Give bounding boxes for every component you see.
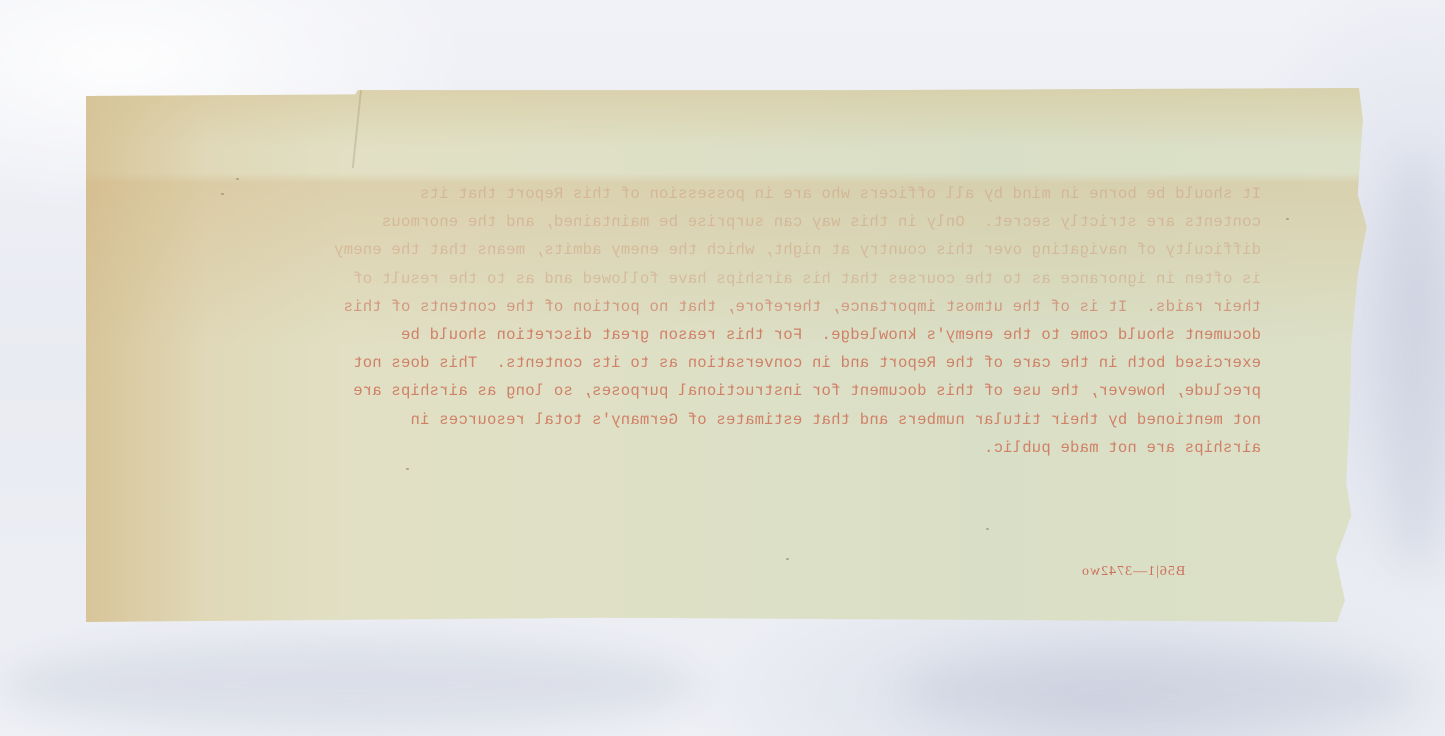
cloth-fold	[900, 650, 1420, 730]
paper-document: It should be borne in mind by all office…	[86, 88, 1368, 622]
paper-speck	[1286, 218, 1289, 220]
paper-speck	[986, 528, 989, 530]
cloth-fold	[1380, 150, 1445, 570]
paragraph-line: not mentioned by their titular numbers a…	[236, 406, 1261, 434]
paper-speck	[786, 558, 789, 560]
cloth-fold	[0, 640, 700, 730]
paragraph-line: is often in ignorance as to the courses …	[236, 265, 1261, 293]
paragraph-line: document should come to the enemy's know…	[236, 321, 1261, 349]
mirrored-paragraph: It should be borne in mind by all office…	[236, 180, 1261, 462]
paragraph-line: exercised both in the care of the Report…	[236, 349, 1261, 377]
paragraph-line: contents are strictly secret. Only in th…	[236, 208, 1261, 236]
paragraph-line: preclude, however, the use of this docum…	[236, 377, 1261, 405]
paragraph-line: their raids. It is of the utmost importa…	[236, 293, 1261, 321]
paragraph-line: It should be borne in mind by all office…	[236, 180, 1261, 208]
paper-speck	[406, 468, 409, 470]
paper-crease	[352, 88, 370, 168]
printer-code: B56|1—3742wo	[1081, 564, 1185, 580]
paper-speck	[221, 193, 224, 195]
paragraph-line: difficulty of navigating over this count…	[236, 236, 1261, 264]
paragraph-line: airships are not made public.	[236, 434, 1261, 462]
